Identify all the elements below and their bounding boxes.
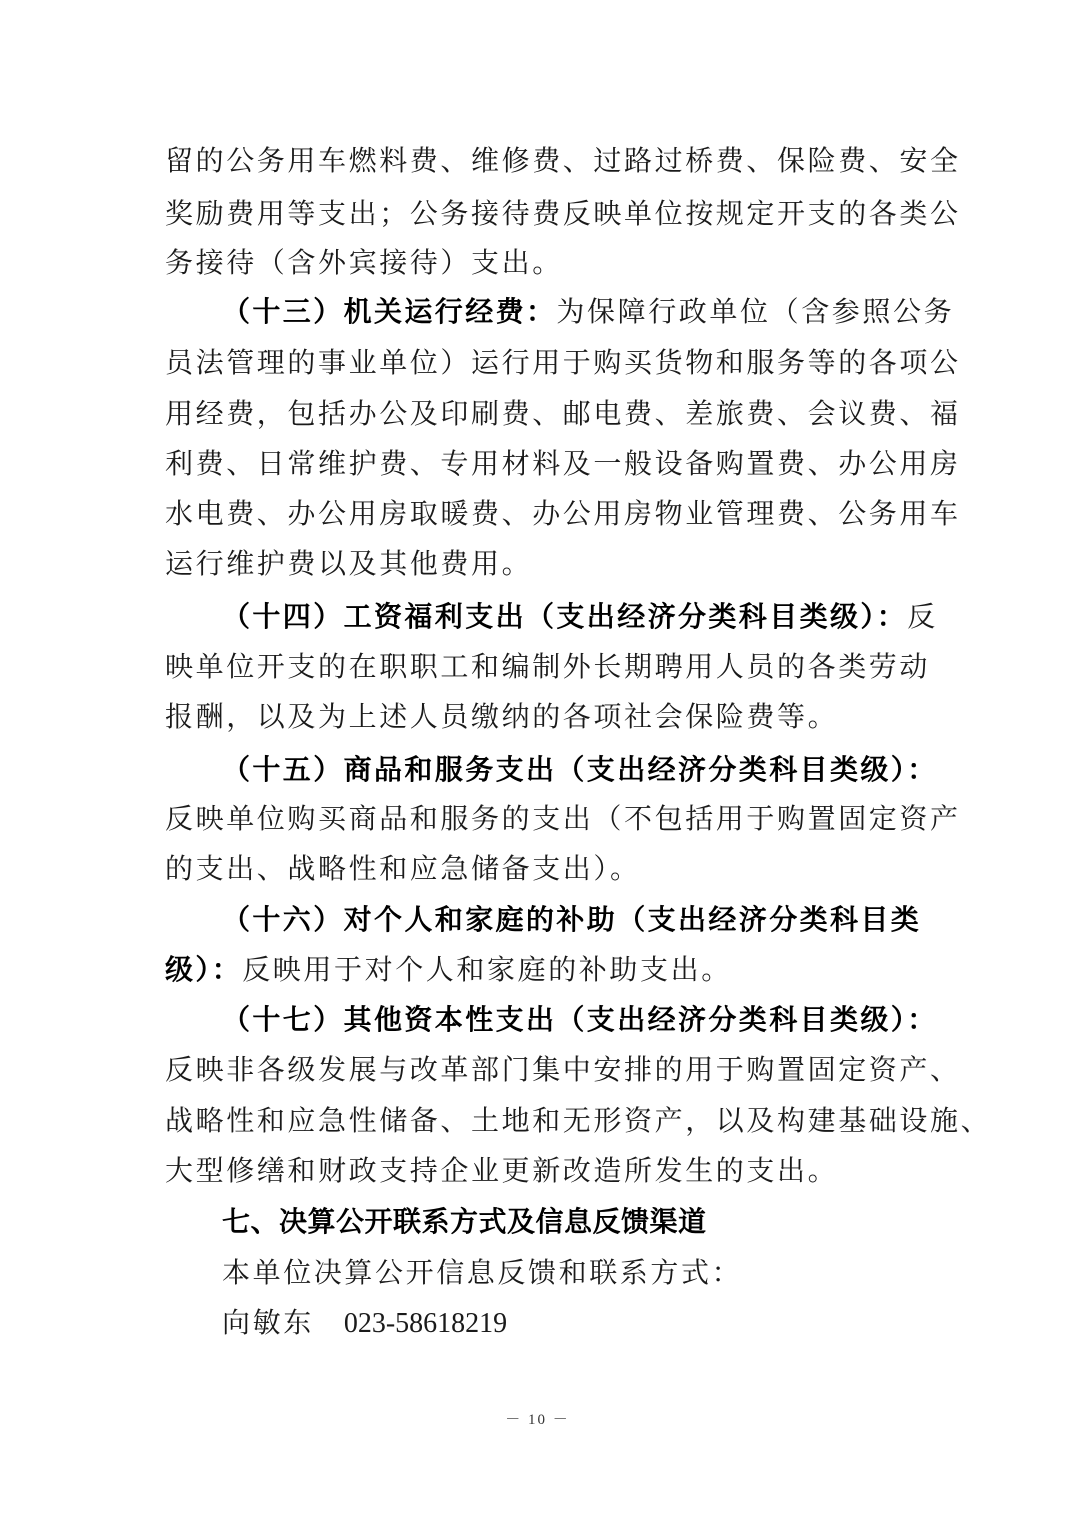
paragraph-line: 奖励费用等支出；公务接待费反映单位按规定开支的各类公 xyxy=(165,189,915,239)
paragraph-line: 报酬，以及为上述人员缴纳的各项社会保险费等。 xyxy=(165,692,915,742)
item-13-first-line: （十三）机关运行经费：为保障行政单位（含参照公务 xyxy=(222,287,972,337)
item-13-label: （十三）机关运行经费： xyxy=(222,295,556,328)
section-heading: 七、决算公开联系方式及信息反馈渠道 xyxy=(222,1197,972,1247)
contact-line: 向敏东023-58618219 xyxy=(222,1298,972,1348)
item-16-label: （十六）对个人和家庭的补助（支出经济分类科目类 xyxy=(222,903,921,936)
paragraph-line: 战略性和应急性储备、土地和无形资产，以及构建基础设施、 xyxy=(165,1096,915,1146)
paragraph-line: 反映单位购买商品和服务的支出（不包括用于购置固定资产 xyxy=(165,794,915,844)
contact-phone: 023-58618219 xyxy=(344,1308,507,1339)
paragraph-line: 务接待（含外宾接待）支出。 xyxy=(165,238,915,288)
document-page: 留的公务用车燃料费、维修费、过路过桥费、保险费、安全 奖励费用等支出；公务接待费… xyxy=(0,0,1075,1520)
paragraph-line: 反映非各级发展与改革部门集中安排的用于购置固定资产、 xyxy=(165,1045,915,1095)
paragraph-line: 利费、日常维护费、专用材料及一般设备购置费、办公用房 xyxy=(165,439,915,489)
item-13-text: 为保障行政单位（含参照公务 xyxy=(556,295,954,328)
contact-intro: 本单位决算公开信息反馈和联系方式： xyxy=(222,1248,972,1298)
item-17-label: （十七）其他资本性支出（支出经济分类科目类级）： xyxy=(222,1003,938,1036)
item-15-first-line: （十五）商品和服务支出（支出经济分类科目类级）： xyxy=(222,745,972,795)
item-17-first-line: （十七）其他资本性支出（支出经济分类科目类级）： xyxy=(222,995,972,1045)
contact-name: 向敏东 xyxy=(222,1306,314,1339)
paragraph-line: 的支出、战略性和应急储备支出）。 xyxy=(165,844,915,894)
page-number: － 10 － xyxy=(0,1408,1075,1429)
item-16-second-line: 级）：反映用于对个人和家庭的补助支出。 xyxy=(165,945,915,995)
paragraph-line: 大型修缮和财政支持企业更新改造所发生的支出。 xyxy=(165,1146,915,1196)
item-15-label: （十五）商品和服务支出（支出经济分类科目类级）： xyxy=(222,753,938,786)
paragraph-line: 员法管理的事业单位）运行用于购买货物和服务等的各项公 xyxy=(165,338,915,388)
item-16-label-cont: 级）： xyxy=(165,953,242,986)
paragraph-line: 映单位开支的在职职工和编制外长期聘用人员的各类劳动 xyxy=(165,642,915,692)
item-14-label: （十四）工资福利支出（支出经济分类科目类级）： xyxy=(222,600,907,633)
item-16-first-line: （十六）对个人和家庭的补助（支出经济分类科目类 xyxy=(222,895,972,945)
item-14-text: 反 xyxy=(907,600,938,633)
paragraph-line: 留的公务用车燃料费、维修费、过路过桥费、保险费、安全 xyxy=(165,136,915,186)
paragraph-line: 用经费，包括办公及印刷费、邮电费、差旅费、会议费、福 xyxy=(165,389,915,439)
paragraph-line: 运行维护费以及其他费用。 xyxy=(165,539,915,589)
item-16-text: 反映用于对个人和家庭的补助支出。 xyxy=(242,953,732,986)
paragraph-line: 水电费、办公用房取暖费、办公用房物业管理费、公务用车 xyxy=(165,489,915,539)
item-14-first-line: （十四）工资福利支出（支出经济分类科目类级）：反 xyxy=(222,592,972,642)
